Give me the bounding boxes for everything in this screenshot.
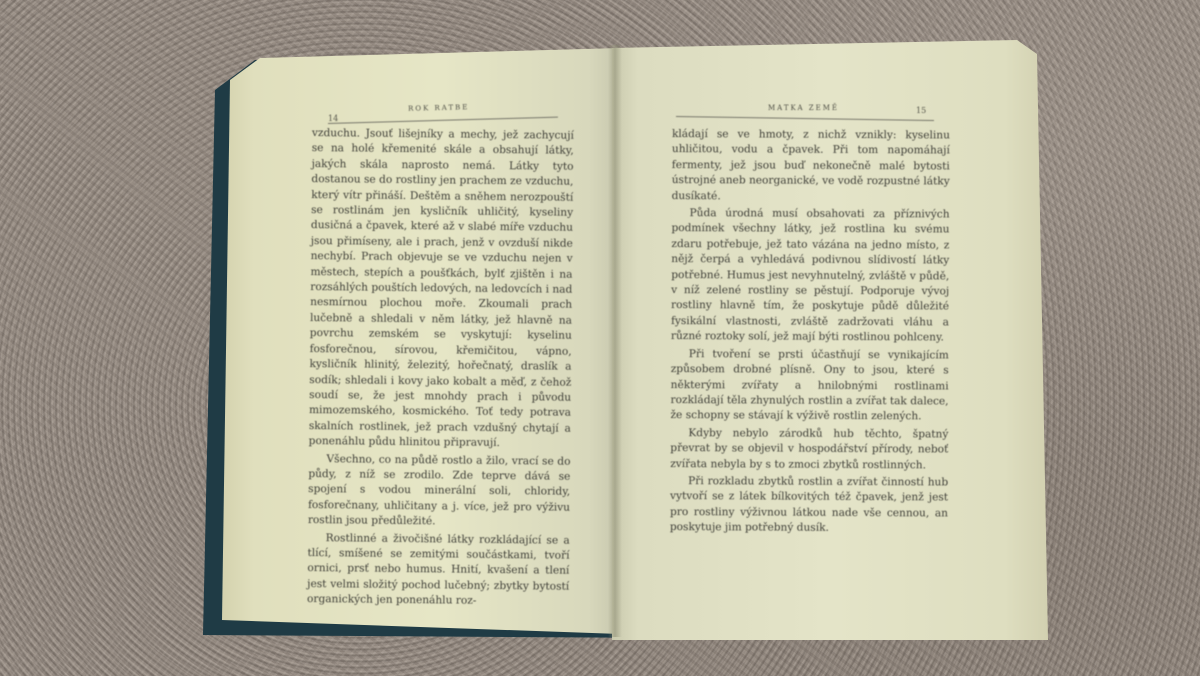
left-page-text: vzduchu. Jsouť lišejníky a mechy, jež za…	[307, 126, 574, 610]
right-paragraph: kládají se ve hmoty, z nichž vznikly: ky…	[672, 127, 950, 205]
left-page-number: 14	[328, 114, 338, 123]
open-book: 14 ROK RATBE vzduchu. Jsouť lišejníky a …	[0, 0, 1200, 676]
right-paragraph: Kdyby nebylo zárodků hub těchto, špatný …	[670, 426, 948, 474]
right-paragraph: Půda úrodná musí obsahovati za příznivýc…	[671, 206, 950, 346]
right-page-number: 15	[916, 106, 926, 115]
right-page-text: kládají se ve hmoty, z nichž vznikly: ky…	[670, 127, 950, 537]
book-gutter	[608, 45, 622, 637]
right-paragraph: Při rozkladu zbytků rostlin a zvířat čin…	[670, 474, 948, 537]
right-running-head: MATKA ZEMĚ	[768, 104, 839, 112]
left-paragraph: Rostlinné a živočišné látky rozkládající…	[307, 531, 570, 611]
left-paragraph: Všechno, co na půdě rostlo a žilo, vrací…	[308, 452, 571, 532]
left-paragraph: vzduchu. Jsouť lišejníky a mechy, jež za…	[309, 126, 574, 452]
right-paragraph: Při tvoření se prsti účastňují se vynika…	[670, 347, 948, 425]
left-running-head: ROK RATBE	[408, 103, 470, 113]
